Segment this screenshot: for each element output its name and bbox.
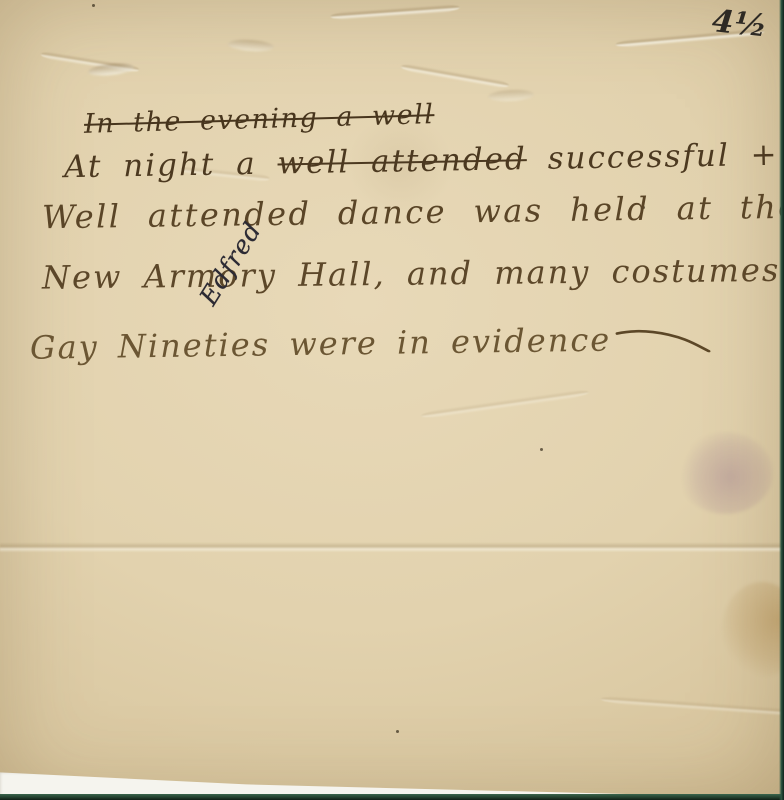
struck-text: well attended [277,141,527,181]
page-number: 4½ [710,3,769,45]
scan-edge-right [779,0,784,800]
pen-flourish [615,322,712,361]
ink-speck [540,448,543,451]
handwritten-text: At night a [64,146,278,186]
ink-speck [396,730,399,733]
scanned-manuscript-page: 4½ In the evening a well At night a well… [0,0,784,800]
ink-speck [92,4,95,7]
handwritten-text: successful + [526,137,778,177]
handwritten-text: New Armory Hall, and many costumes of th… [42,249,784,296]
scan-edge-bottom [0,794,784,800]
handwritten-line: New Armory Hall, and many costumes of th… [42,249,784,296]
handwritten-text: Gay Nineties were in evidence [30,321,612,367]
